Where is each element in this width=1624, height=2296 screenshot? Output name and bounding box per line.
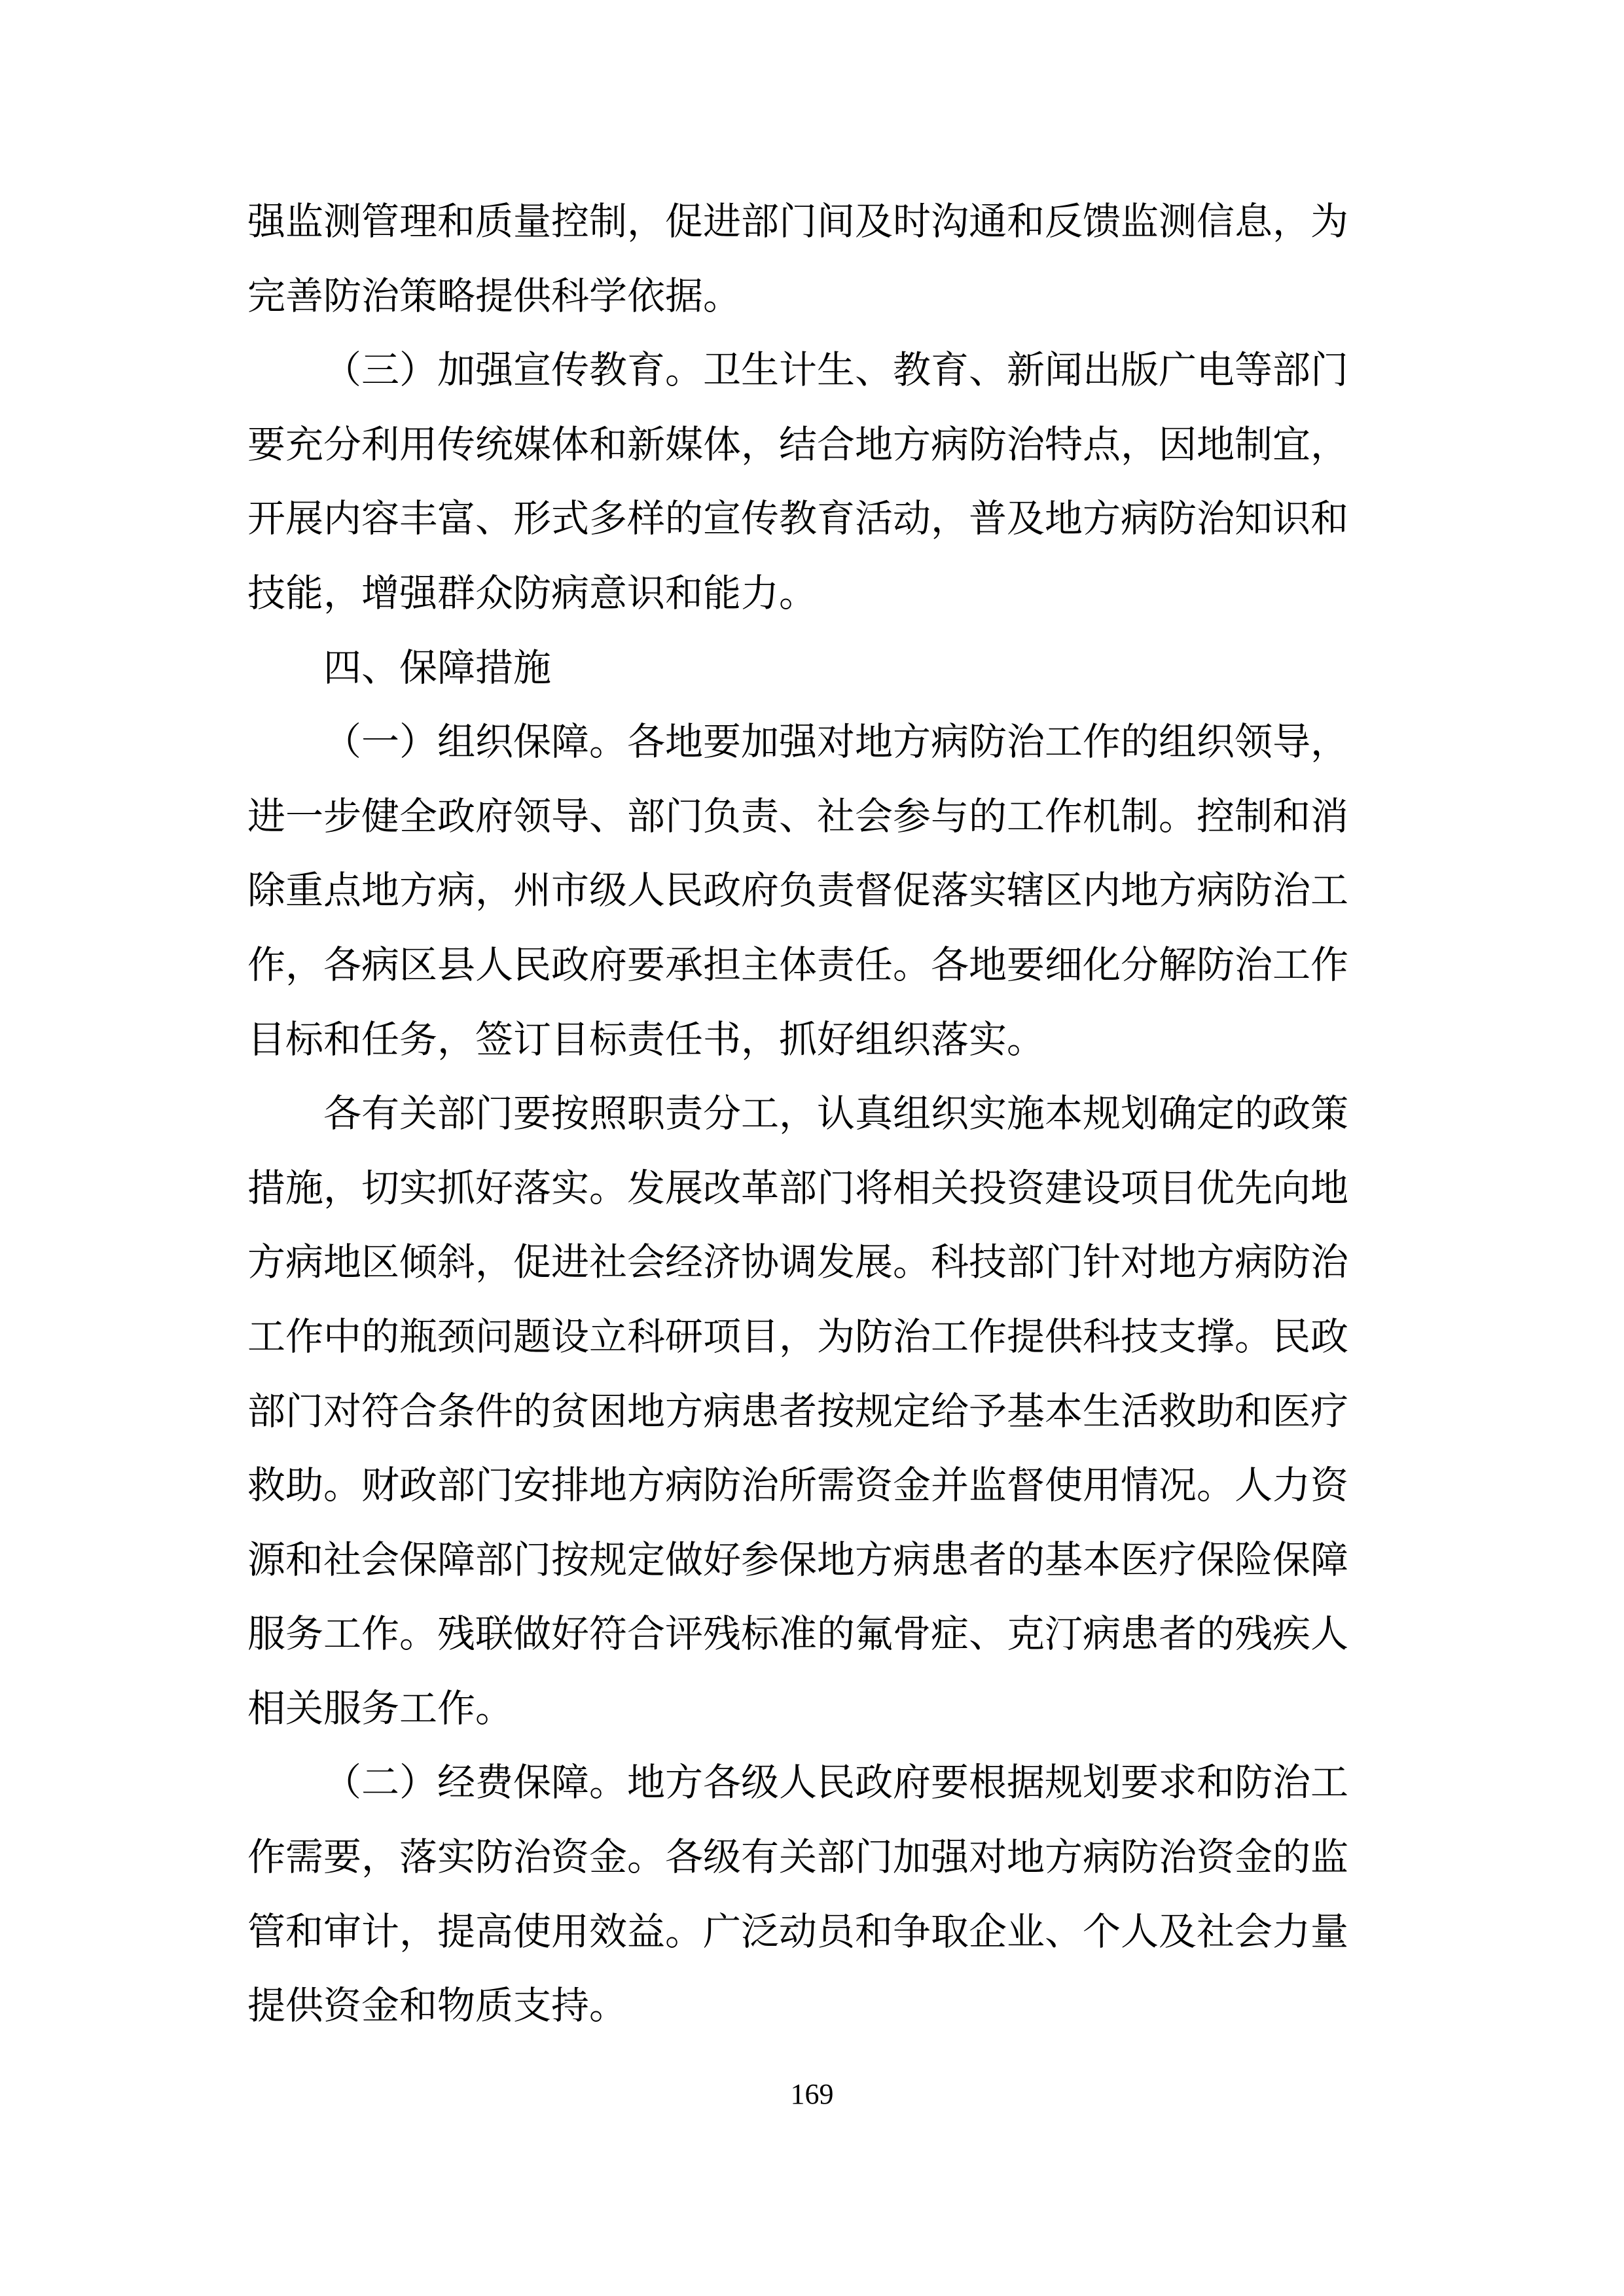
text-line: 提供资金和物质支持。 bbox=[247, 1969, 1348, 2043]
document-page: 强监测管理和质量控制，促进部门间及时沟通和反馈监测信息，为 完善防治策略提供科学… bbox=[0, 0, 1624, 2296]
text-line: 相关服务工作。 bbox=[247, 1672, 1348, 1746]
text-line: 作，各病区县人民政府要承担主体责任。各地要细化分解防治工作 bbox=[247, 928, 1348, 1003]
text-line: 进一步健全政府领导、部门负责、社会参与的工作机制。控制和消 bbox=[247, 780, 1348, 854]
text-line: （一）组织保障。各地要加强对地方病防治工作的组织领导， bbox=[247, 705, 1348, 780]
text-line: 措施，切实抓好落实。发展改革部门将相关投资建设项目优先向地 bbox=[247, 1151, 1348, 1226]
text-line: 服务工作。残联做好符合评残标准的氟骨症、克汀病患者的残疾人 bbox=[247, 1597, 1348, 1672]
text-line: 方病地区倾斜，促进社会经济协调发展。科技部门针对地方病防治 bbox=[247, 1225, 1348, 1300]
text-line: 要充分利用传统媒体和新媒体，结合地方病防治特点，因地制宜， bbox=[247, 408, 1348, 482]
document-body: 强监测管理和质量控制，促进部门间及时沟通和反馈监测信息，为 完善防治策略提供科学… bbox=[247, 185, 1348, 2043]
text-line: 工作中的瓶颈问题设立科研项目，为防治工作提供科技支撑。民政 bbox=[247, 1300, 1348, 1374]
text-line: 目标和任务，签订目标责任书，抓好组织落实。 bbox=[247, 1003, 1348, 1077]
text-line: 部门对符合条件的贫困地方病患者按规定给予基本生活救助和医疗 bbox=[247, 1374, 1348, 1449]
text-line: 强监测管理和质量控制，促进部门间及时沟通和反馈监测信息，为 bbox=[247, 185, 1348, 259]
text-line: 作需要，落实防治资金。各级有关部门加强对地方病防治资金的监 bbox=[247, 1820, 1348, 1895]
text-line: 源和社会保障部门按规定做好参保地方病患者的基本医疗保险保障 bbox=[247, 1523, 1348, 1598]
text-line: 管和审计，提高使用效益。广泛动员和争取企业、个人及社会力量 bbox=[247, 1895, 1348, 1969]
page-number: 169 bbox=[0, 2076, 1624, 2113]
text-line: 各有关部门要按照职责分工，认真组织实施本规划确定的政策 bbox=[247, 1077, 1348, 1151]
text-line: 完善防治策略提供科学依据。 bbox=[247, 259, 1348, 334]
section-heading: 四、保障措施 bbox=[247, 631, 1348, 706]
text-line: 除重点地方病，州市级人民政府负责督促落实辖区内地方病防治工 bbox=[247, 853, 1348, 928]
text-line: （二）经费保障。地方各级人民政府要根据规划要求和防治工 bbox=[247, 1746, 1348, 1820]
text-line: 救助。财政部门安排地方病防治所需资金并监督使用情况。人力资 bbox=[247, 1448, 1348, 1523]
text-line: 技能，增强群众防病意识和能力。 bbox=[247, 556, 1348, 631]
text-line: 开展内容丰富、形式多样的宣传教育活动，普及地方病防治知识和 bbox=[247, 482, 1348, 556]
text-line: （三）加强宣传教育。卫生计生、教育、新闻出版广电等部门 bbox=[247, 333, 1348, 408]
